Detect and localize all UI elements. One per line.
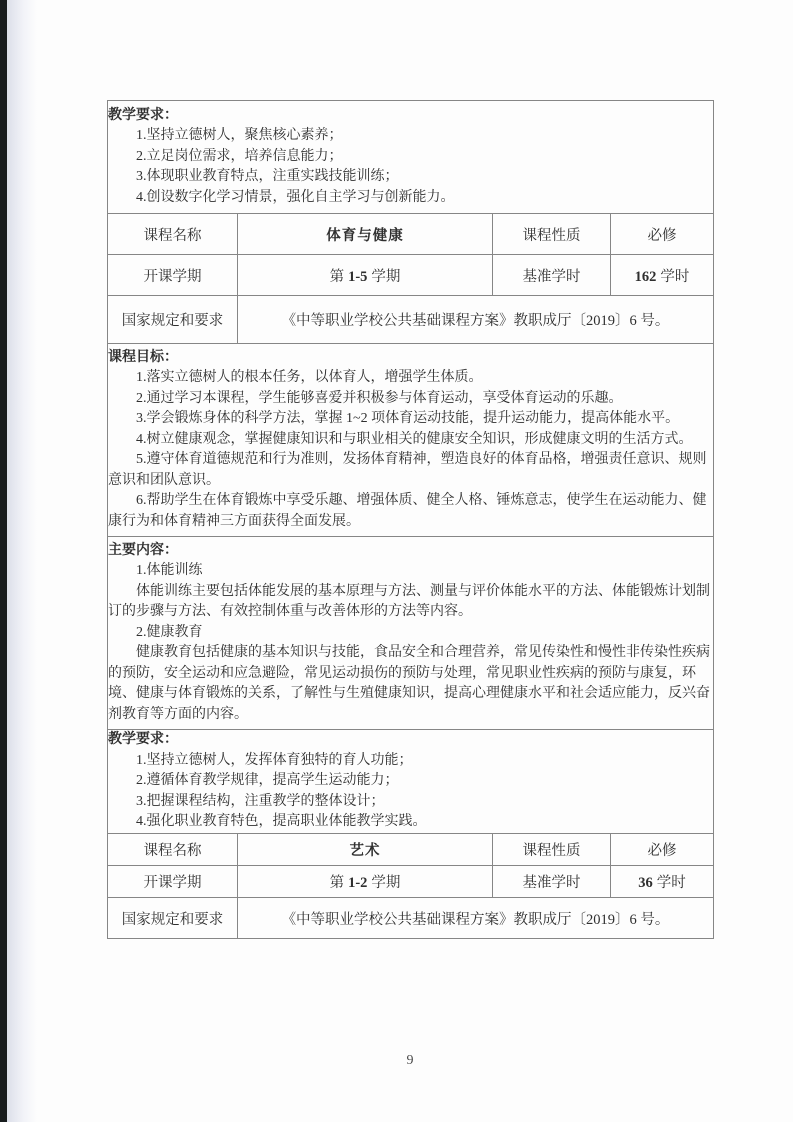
semester-value: 第1-5学期 — [238, 255, 493, 296]
section-title: 课程目标： — [108, 348, 713, 369]
teaching-requirements-2-cell: 教学要求： 1.坚持立德树人，发挥体育独特的育人功能； 2.遵循体育教学规律，提… — [108, 730, 714, 834]
course-nature-label: 课程性质 — [493, 214, 611, 255]
course-objectives-row: 课程目标： 1.落实立德树人的根本任务，以体育人，增强学生体质。 2.通过学习本… — [108, 344, 714, 537]
course-objectives-cell: 课程目标： 1.落实立德树人的根本任务，以体育人，增强学生体质。 2.通过学习本… — [108, 344, 714, 537]
objective-item: 5.遵守体育道德规范和行为准则，发扬体育精神，塑造良好的体育品格，增强责任意识、… — [108, 450, 713, 491]
objective-item: 3.学会锻炼身体的科学方法，掌握 1~2 项体育运动技能，提升运动能力，提高体能… — [108, 409, 713, 430]
course-name-label: 课程名称 — [108, 834, 238, 866]
section-title: 教学要求： — [108, 106, 713, 127]
requirement-item: 3.体现职业教育特点，注重实践技能训练； — [108, 167, 713, 188]
national-label: 国家规定和要求 — [108, 898, 238, 939]
section-title: 主要内容： — [108, 541, 713, 562]
national-label: 国家规定和要求 — [108, 296, 238, 344]
main-content-cell: 主要内容： 1.体能训练 体能训练主要包括体能发展的基本原理与方法、测量与评价体… — [108, 537, 714, 730]
national-value: 《中等职业学校公共基础课程方案》教职成厅〔2019〕6 号。 — [238, 296, 714, 344]
hours-number: 162 — [635, 269, 657, 285]
content-paragraph: 健康教育包括健康的基本知识与技能，食品安全和合理营养，常见传染性和慢性非传染性疾… — [108, 643, 713, 725]
requirement-item: 2.遵循体育教学规律，提高学生运动能力； — [108, 771, 713, 792]
course-nature-value: 必修 — [611, 834, 714, 866]
hours-suffix: 学时 — [657, 875, 686, 891]
course-1-semester-row: 开课学期 第1-5学期 基准学时 162学时 — [108, 255, 714, 296]
semester-prefix: 第 — [330, 875, 345, 891]
semester-suffix: 学期 — [371, 269, 400, 285]
semester-suffix: 学期 — [371, 875, 400, 891]
semester-label: 开课学期 — [108, 866, 238, 898]
course-2-name-row: 课程名称 艺术 课程性质 必修 — [108, 834, 714, 866]
course-outline-table: 教学要求： 1.坚持立德树人，聚焦核心素养； 2.立足岗位需求，培养信息能力； … — [107, 100, 714, 939]
main-content-row: 主要内容： 1.体能训练 体能训练主要包括体能发展的基本原理与方法、测量与评价体… — [108, 537, 714, 730]
hours-label: 基准学时 — [493, 866, 611, 898]
teaching-requirements-1-row: 教学要求： 1.坚持立德树人，聚焦核心素养； 2.立足岗位需求，培养信息能力； … — [108, 101, 714, 214]
course-2-national-row: 国家规定和要求 《中等职业学校公共基础课程方案》教职成厅〔2019〕6 号。 — [108, 898, 714, 939]
content-paragraph: 体能训练主要包括体能发展的基本原理与方法、测量与评价体能水平的方法、体能锻炼计划… — [108, 582, 713, 623]
semester-number: 1-2 — [348, 875, 367, 891]
course-name-label: 课程名称 — [108, 214, 238, 255]
teaching-requirements-2-row: 教学要求： 1.坚持立德树人，发挥体育独特的育人功能； 2.遵循体育教学规律，提… — [108, 730, 714, 834]
requirement-item: 4.强化职业教育特色，提高职业体能教学实践。 — [108, 812, 713, 833]
section-title: 教学要求： — [108, 730, 713, 751]
page-number: 9 — [107, 1053, 713, 1069]
course-name-value: 体育与健康 — [238, 214, 493, 255]
hours-value: 36学时 — [611, 866, 714, 898]
objective-item: 6.帮助学生在体育锻炼中享受乐趣、增强体质、健全人格、锤炼意志，使学生在运动能力… — [108, 491, 713, 532]
objective-item: 4.树立健康观念，掌握健康知识和与职业相关的健康安全知识，形成健康文明的生活方式… — [108, 430, 713, 451]
hours-value: 162学时 — [611, 255, 714, 296]
semester-prefix: 第 — [330, 269, 345, 285]
hours-suffix: 学时 — [660, 269, 689, 285]
scan-edge-shadow — [7, 0, 37, 1122]
course-nature-label: 课程性质 — [493, 834, 611, 866]
course-1-national-row: 国家规定和要求 《中等职业学校公共基础课程方案》教职成厅〔2019〕6 号。 — [108, 296, 714, 344]
scan-edge-strip — [0, 0, 7, 1122]
requirement-item: 3.把握课程结构，注重教学的整体设计； — [108, 792, 713, 813]
semester-label: 开课学期 — [108, 255, 238, 296]
objective-item: 2.通过学习本课程，学生能够喜爱并积极参与体育运动，享受体育运动的乐趣。 — [108, 389, 713, 410]
course-2-semester-row: 开课学期 第1-2学期 基准学时 36学时 — [108, 866, 714, 898]
requirement-item: 4.创设数字化学习情景，强化自主学习与创新能力。 — [108, 188, 713, 209]
content-paragraph: 1.体能训练 — [108, 561, 713, 582]
objective-item: 1.落实立德树人的根本任务，以体育人，增强学生体质。 — [108, 368, 713, 389]
content-paragraph: 2.健康教育 — [108, 623, 713, 644]
semester-value: 第1-2学期 — [238, 866, 493, 898]
course-1-name-row: 课程名称 体育与健康 课程性质 必修 — [108, 214, 714, 255]
semester-number: 1-5 — [348, 269, 367, 285]
course-nature-value: 必修 — [611, 214, 714, 255]
teaching-requirements-1-cell: 教学要求： 1.坚持立德树人，聚焦核心素养； 2.立足岗位需求，培养信息能力； … — [108, 101, 714, 214]
hours-label: 基准学时 — [493, 255, 611, 296]
hours-number: 36 — [638, 875, 653, 891]
requirement-item: 2.立足岗位需求，培养信息能力； — [108, 147, 713, 168]
requirement-item: 1.坚持立德树人，聚焦核心素养； — [108, 126, 713, 147]
course-name-value: 艺术 — [238, 834, 493, 866]
national-value: 《中等职业学校公共基础课程方案》教职成厅〔2019〕6 号。 — [238, 898, 714, 939]
requirement-item: 1.坚持立德树人，发挥体育独特的育人功能； — [108, 751, 713, 772]
